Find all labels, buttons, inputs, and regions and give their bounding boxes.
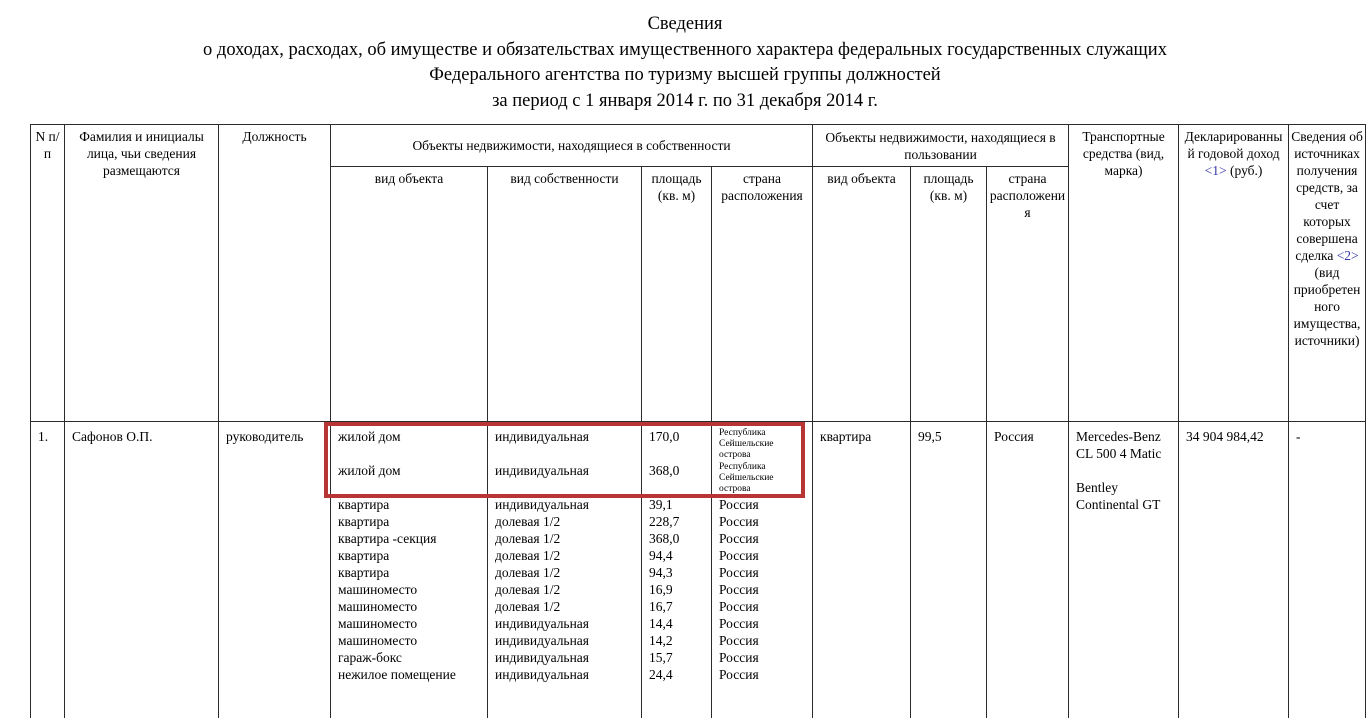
owned-type-value: машиноместо — [338, 632, 482, 649]
col-number-header: N п/п — [31, 125, 65, 422]
owned-area-value: 15,7 — [649, 649, 706, 666]
owned-country-value: Россия — [719, 564, 807, 581]
footnote-ref-1[interactable]: <1> — [1205, 163, 1227, 178]
owned-country-value: Россия — [719, 666, 807, 683]
owned-type-value: квартира — [338, 513, 482, 530]
owned-area-value: 170,0 — [649, 428, 706, 462]
owned-ownership-value: индивидуальная — [495, 632, 636, 649]
owned-country-value: Россия — [719, 530, 807, 547]
owned-ownership-value: индивидуальная — [495, 666, 636, 683]
owned-ownership-value: долевая 1/2 — [495, 598, 636, 615]
owned-type-value: квартира — [338, 547, 482, 564]
sources-cell: - — [1289, 422, 1366, 718]
owned-area-value: 16,9 — [649, 581, 706, 598]
owned-country-value: Россия — [719, 632, 807, 649]
owned-ownership-cell: индивидуальнаяиндивидуальнаяиндивидуальн… — [488, 422, 642, 718]
owned-type-cell: жилой домжилой домквартираквартиракварти… — [331, 422, 488, 718]
owned-country-value: Россия — [719, 513, 807, 530]
owned-type-value: гараж-бокс — [338, 649, 482, 666]
owned-ownership-value: долевая 1/2 — [495, 513, 636, 530]
income-header-suffix: (руб.) — [1227, 163, 1263, 178]
footnote-ref-2[interactable]: <2> — [1337, 248, 1359, 263]
used-area-header: площадь (кв. м) — [911, 167, 987, 422]
used-area-cell: 99,5 — [911, 422, 987, 718]
owned-type-value: жилой дом — [338, 462, 482, 496]
row-number-cell: 1. — [31, 422, 65, 718]
transport-cell: Mercedes-Benz CL 500 4 MaticBentley Cont… — [1069, 422, 1179, 718]
owned-country-value: Россия — [719, 649, 807, 666]
title-line-4: за период с 1 января 2014 г. по 31 декаб… — [0, 89, 1370, 115]
owned-area-cell: 170,0368,039,1228,7368,094,494,316,916,7… — [642, 422, 712, 718]
income-cell: 34 904 984,42 — [1179, 422, 1289, 718]
owned-ownership-value: долевая 1/2 — [495, 581, 636, 598]
owned-ownership-value: индивидуальная — [495, 615, 636, 632]
owned-area-value: 228,7 — [649, 513, 706, 530]
owned-ownership-value: индивидуальная — [495, 649, 636, 666]
owned-ownership-value: долевая 1/2 — [495, 530, 636, 547]
owned-area-value: 94,4 — [649, 547, 706, 564]
transport-vehicle: Bentley Continental GT — [1076, 479, 1173, 513]
owned-ownership-value: индивидуальная — [495, 496, 636, 513]
sources-header-text: Сведения об источниках получения средств… — [1291, 129, 1363, 263]
owned-ownership-value: долевая 1/2 — [495, 547, 636, 564]
used-type-cell: квартира — [813, 422, 911, 718]
owned-type-value: квартира — [338, 496, 482, 513]
used-object-type-header: вид объекта — [813, 167, 911, 422]
used-country-cell: Россия — [987, 422, 1069, 718]
col-name-header: Фамилия и инициалы лица, чьи сведения ра… — [65, 125, 219, 422]
title-line-1: Сведения — [0, 12, 1370, 38]
owned-type-value: квартира -секция — [338, 530, 482, 547]
owned-group-header: Объекты недвижимости, находящиеся в собс… — [331, 125, 813, 167]
owned-type-value: квартира — [338, 564, 482, 581]
owned-country-value: Россия — [719, 615, 807, 632]
owned-area-value: 368,0 — [649, 530, 706, 547]
position-cell: руководитель — [219, 422, 331, 718]
sources-header: Сведения об источниках получения средств… — [1289, 125, 1366, 422]
ownership-type-header: вид собственности — [488, 167, 642, 422]
owned-country-header: страна расположения — [712, 167, 813, 422]
owned-area-value: 368,0 — [649, 462, 706, 496]
owned-area-value: 24,4 — [649, 666, 706, 683]
owned-ownership-value: индивидуальная — [495, 428, 636, 462]
owned-ownership-value: долевая 1/2 — [495, 564, 636, 581]
used-group-header: Объекты недвижимости, находящиеся в поль… — [813, 125, 1069, 167]
owned-country-value: Россия — [719, 581, 807, 598]
income-header-text: Декларированный годовой доход — [1185, 129, 1283, 161]
owned-country-value: Республика Сейшельские острова — [719, 462, 807, 496]
title-line-3: Федерального агентства по туризму высшей… — [0, 63, 1370, 89]
owned-type-value: машиноместо — [338, 598, 482, 615]
owned-area-value: 14,2 — [649, 632, 706, 649]
owned-object-type-header: вид объекта — [331, 167, 488, 422]
declaration-document-page: Сведения о доходах, расходах, об имущест… — [0, 0, 1370, 718]
owned-country-cell: Республика Сейшельские островаРеспублика… — [712, 422, 813, 718]
owned-ownership-value: индивидуальная — [495, 462, 636, 496]
document-title: Сведения о доходах, расходах, об имущест… — [0, 0, 1370, 114]
owned-country-value: Россия — [719, 496, 807, 513]
owned-type-value: жилой дом — [338, 428, 482, 462]
owned-area-value: 16,7 — [649, 598, 706, 615]
transport-header: Транспортные средства (вид, марка) — [1069, 125, 1179, 422]
owned-country-value: Республика Сейшельские острова — [719, 428, 807, 462]
owned-type-value: машиноместо — [338, 581, 482, 598]
title-line-2: о доходах, расходах, об имуществе и обяз… — [0, 38, 1370, 64]
owned-type-value: нежилое помещение — [338, 666, 482, 683]
owned-area-value: 14,4 — [649, 615, 706, 632]
owned-type-value: машиноместо — [338, 615, 482, 632]
owned-country-value: Россия — [719, 547, 807, 564]
col-position-header: Должность — [219, 125, 331, 422]
owned-country-value: Россия — [719, 598, 807, 615]
sources-header-suffix: (вид приобретенного имущества, источники… — [1294, 265, 1361, 348]
declarations-table: N п/п Фамилия и инициалы лица, чьи сведе… — [30, 124, 1366, 718]
owned-area-value: 39,1 — [649, 496, 706, 513]
transport-vehicle: Mercedes-Benz CL 500 4 Matic — [1076, 428, 1173, 462]
owned-area-header: площадь (кв. м) — [642, 167, 712, 422]
income-header: Декларированный годовой доход <1> (руб.) — [1179, 125, 1289, 422]
used-country-header: страна расположения — [987, 167, 1069, 422]
owned-area-value: 94,3 — [649, 564, 706, 581]
name-cell: Сафонов О.П. — [65, 422, 219, 718]
